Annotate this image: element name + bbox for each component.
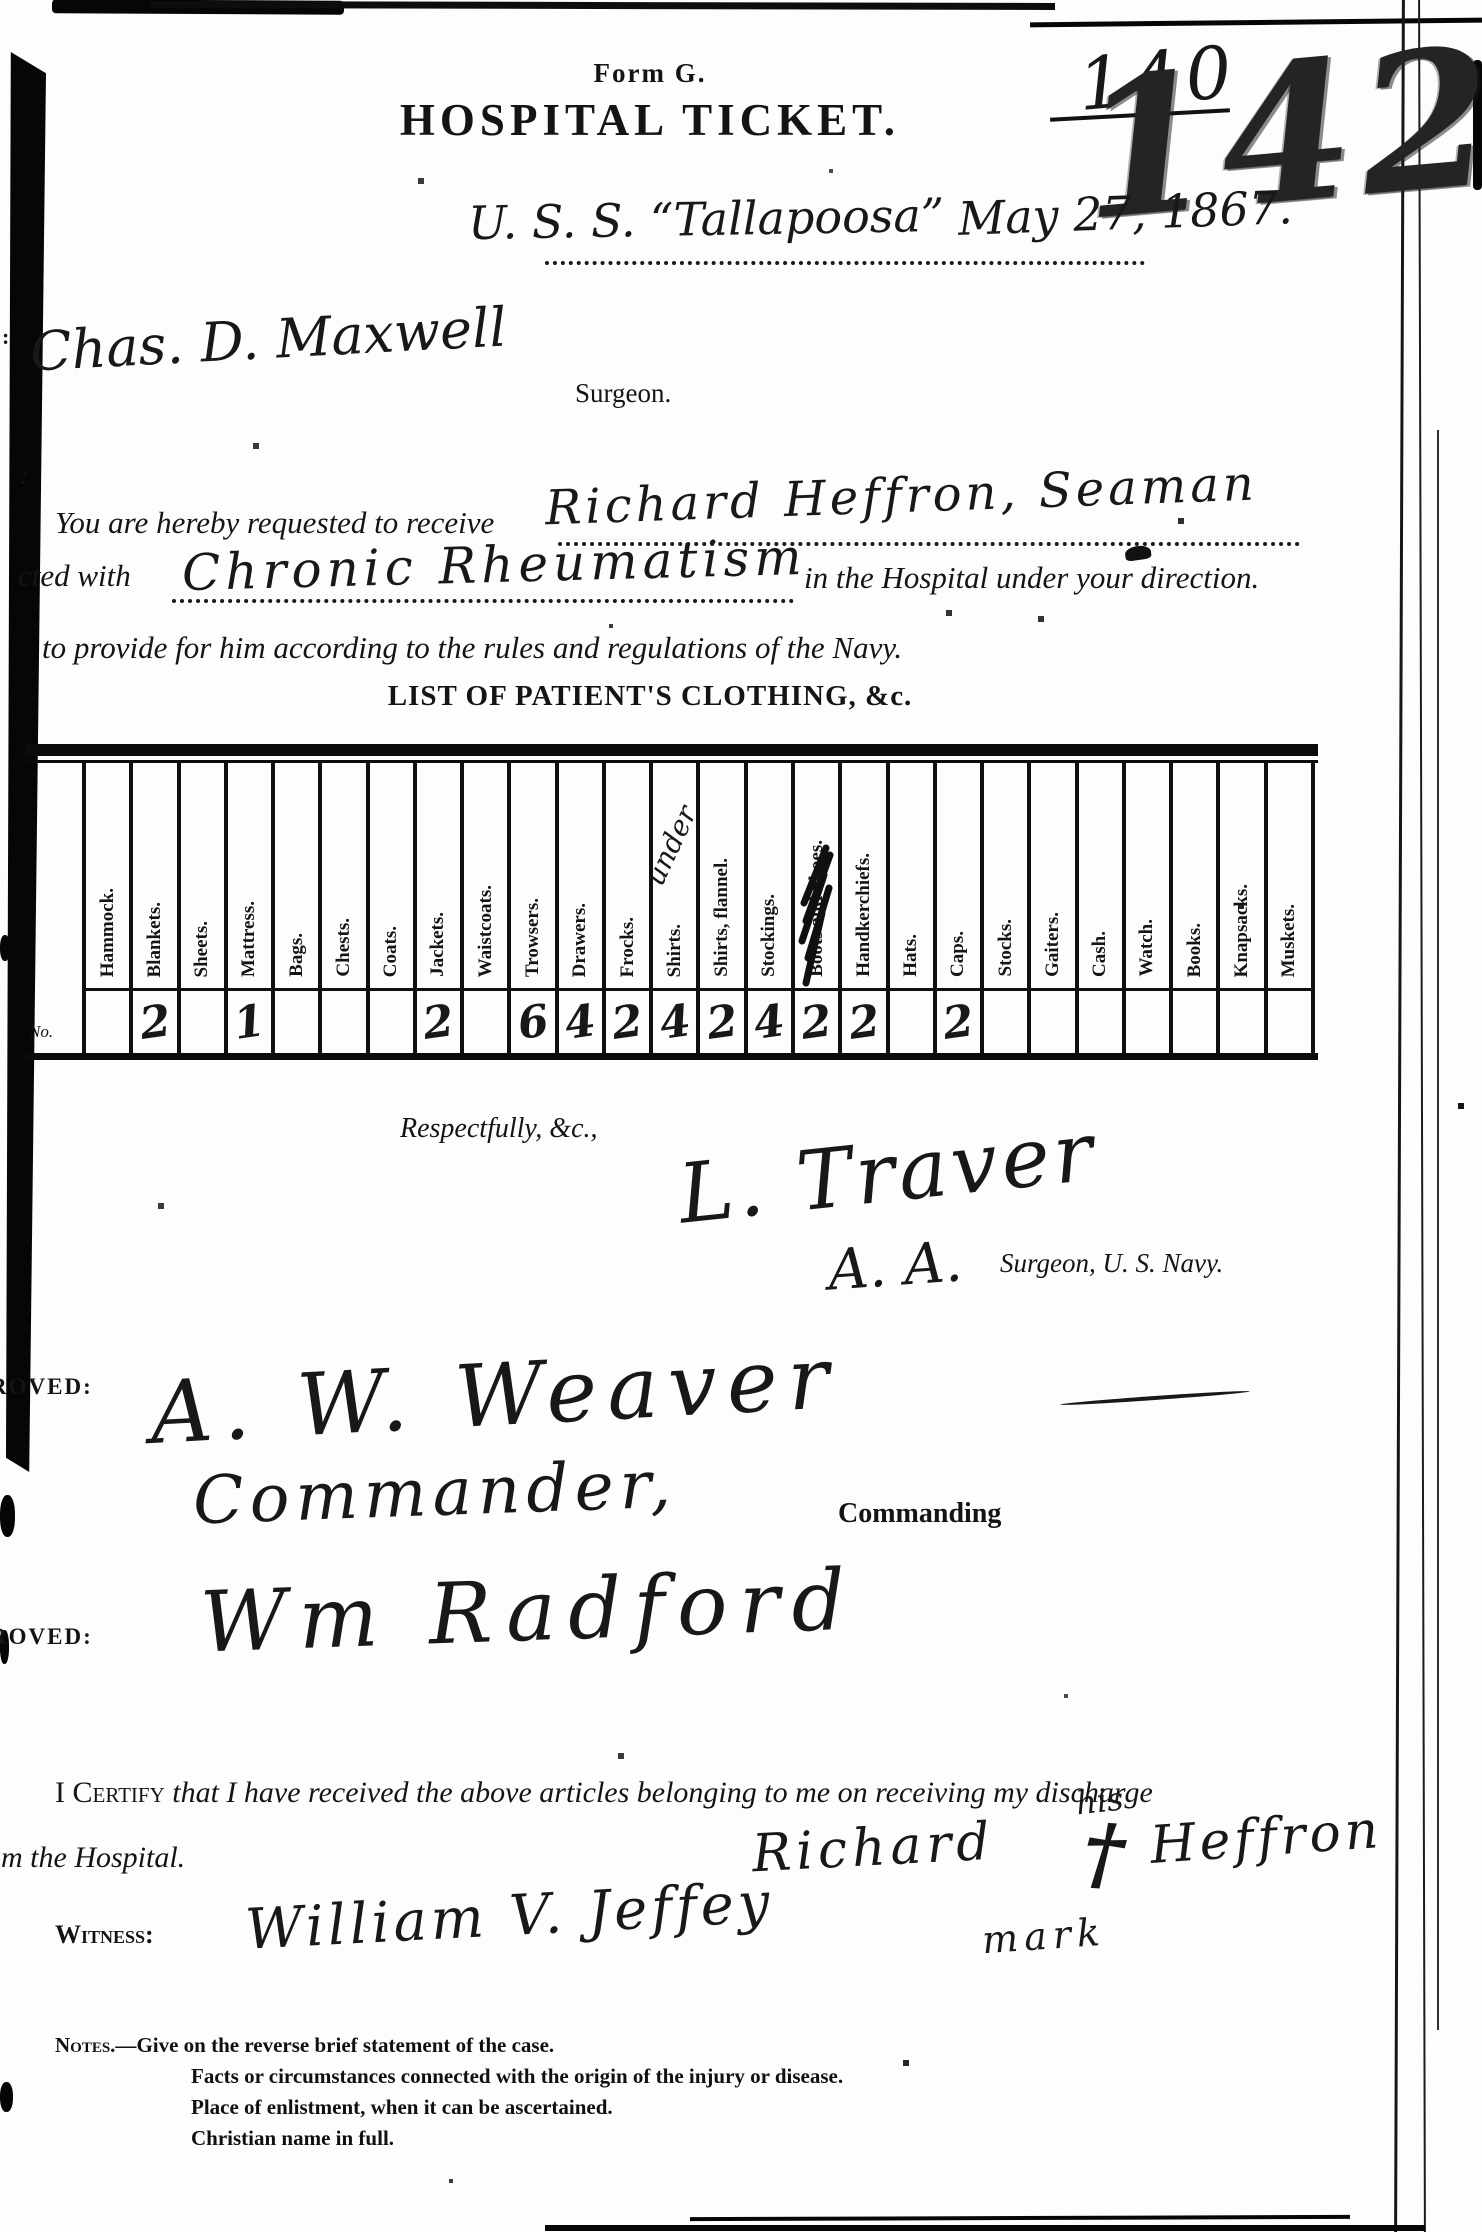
clothing-column-label: Blankets. (144, 902, 166, 978)
clothing-column-value: 4 (751, 995, 788, 1050)
clothing-column: Jackets.2 (417, 763, 464, 1053)
surgeon-signature: L. Traver (674, 1104, 1101, 1242)
request-line-printed: You are hereby requested to receive (55, 505, 494, 541)
clothing-column-label: Books. (1184, 923, 1206, 977)
provide-line-printed: to provide for him according to the rule… (42, 630, 902, 666)
clothing-column-value: 2 (136, 995, 173, 1050)
clothing-column: Cash. (1079, 763, 1126, 1053)
scan-blob (0, 935, 10, 961)
certify-smallcaps: Certify (73, 1776, 165, 1809)
clothing-column-label: Chests. (333, 918, 355, 977)
clothing-column: Trowsers.6 (511, 763, 558, 1053)
ink-scribble (796, 843, 836, 993)
clothing-column-value-cell: 4 (748, 988, 791, 1053)
approved-label-1: PROVED: (0, 1374, 93, 1400)
condition-line-prefix: cted with (18, 558, 131, 594)
clothing-column-header: Handkerchiefs. (842, 763, 885, 983)
condition-line-suffix: in the Hospital under your direction. (804, 560, 1259, 596)
clothing-column-header: Shirts, flannel. (700, 763, 743, 983)
clothing-column-header: Knapsacks. (1220, 763, 1263, 983)
certify-rest: that I have received the above articles … (172, 1776, 1153, 1809)
clothing-column-label: Knapsacks. (1231, 884, 1253, 977)
signature-flourish (1060, 1389, 1250, 1406)
clothing-column: Sheets. (181, 763, 228, 1053)
scan-edge-bottom (545, 2225, 1425, 2231)
clothing-column-value-cell: 4 (559, 988, 602, 1053)
radford-signature: Wm Radford (198, 1551, 858, 1672)
clothing-column-value: 4 (562, 995, 599, 1050)
his-mark-bottom: mark (981, 1910, 1108, 1963)
clothing-column-header: Mattress. (228, 763, 271, 983)
clothing-column-value-cell (1268, 988, 1311, 1053)
clothing-column-label: Sheets. (191, 921, 213, 977)
addressee-signature: Chas. D. Maxwell (29, 296, 508, 384)
clothing-column-header: Gaiters. (1031, 763, 1074, 983)
ship-line-dotted-rule (545, 260, 1145, 265)
clothing-column-header: Caps. (937, 763, 980, 983)
witness-signature: William V. Jeffey (244, 1870, 775, 1963)
clothing-column-value: 2 (845, 995, 882, 1050)
clothing-column-header: Jackets. (417, 763, 460, 983)
notes-line: Notes.—Give on the reverse brief stateme… (55, 2030, 843, 2061)
table-top-band (25, 744, 1318, 756)
clothing-column: Shirts.under4 (653, 763, 700, 1053)
commanding-printed: Commanding (838, 1498, 1001, 1530)
clothing-column-header: Trowsers. (511, 763, 554, 983)
clothing-column-value-cell: 2 (842, 988, 885, 1053)
clothing-column-header: Bags. (275, 763, 318, 983)
clothing-column-header: Chests. (322, 763, 365, 983)
patient-cross-mark: † (1080, 1805, 1128, 1902)
patient-name-handwriting: Richard Heffron, Seaman (544, 456, 1258, 537)
clothing-column: Muskets. (1268, 763, 1315, 1053)
clothing-column: Shirts, flannel.2 (700, 763, 747, 1053)
clothing-column-header: Hats. (890, 763, 933, 983)
clothing-column-label: Shirts, flannel. (711, 858, 733, 977)
scan-blob (0, 2082, 13, 2112)
clothing-column: Handkerchiefs.2 (842, 763, 889, 1053)
certify-line: I Certify that I have received the above… (55, 1776, 1335, 1810)
clothing-column-value-cell: 2 (700, 988, 743, 1053)
clothing-column-value: 4 (656, 995, 693, 1050)
clothing-column-value-cell (984, 988, 1027, 1053)
clothing-column: Boots and Shoes.2 (795, 763, 842, 1053)
notes-line: Place of enlistment, when it can be asce… (191, 2092, 843, 2123)
clothing-column-header: Muskets. (1268, 763, 1311, 983)
commander-signature: A. W. Weaver (148, 1328, 841, 1464)
certify-line-2: om the Hospital. (0, 1841, 185, 1875)
clothing-column: Blankets.2 (133, 763, 180, 1053)
clothing-column-header: Blankets. (133, 763, 176, 983)
clothing-column-value-cell: 2 (937, 988, 980, 1053)
clothing-column-value-cell (86, 988, 129, 1053)
clothing-column-value-cell (370, 988, 413, 1053)
clothing-columns: Hammock.Blankets.2Sheets.Mattress.1Bags.… (82, 763, 1315, 1053)
clothing-column-value: 2 (609, 995, 646, 1050)
clothing-column: Coats. (370, 763, 417, 1053)
form-number-label: Form G. (500, 58, 800, 89)
clothing-column-value-cell (1220, 988, 1263, 1053)
rank-printed: Surgeon, U. S. Navy. (1000, 1248, 1223, 1279)
clothing-column-label: Bags. (286, 933, 308, 977)
clothing-column: Drawers.4 (559, 763, 606, 1053)
clothing-column-value: 2 (703, 995, 740, 1050)
clothing-column-label: Muskets. (1278, 904, 1300, 977)
clothing-column: Stockings.4 (748, 763, 795, 1053)
patient-mark-first-name: Richard (751, 1812, 996, 1885)
clothing-column-label: Cash. (1089, 931, 1111, 977)
clothing-column-label: Handkerchiefs. (853, 853, 875, 977)
clothing-column: Hammock. (86, 763, 133, 1053)
certify-lead: I (55, 1776, 65, 1809)
paper-speckles (0, 0, 2, 2)
notes-text: Give on the reverse brief statement of t… (136, 2033, 554, 2057)
clothing-column-header: Sheets. (181, 763, 224, 983)
clothing-column-value-cell (275, 988, 318, 1053)
condition-dotted-rule (172, 598, 794, 603)
table-row-label: No. (29, 1022, 53, 1042)
clothing-column-label: Drawers. (569, 903, 591, 977)
clothing-column-value: 2 (940, 995, 977, 1050)
clothing-column-header: Waistcoats. (464, 763, 507, 983)
clothing-column-value-cell: 6 (511, 988, 554, 1053)
clothing-column-value-cell (1031, 988, 1074, 1053)
notes-label: Notes.— (55, 2033, 136, 2057)
clothing-column-header: Hammock. (86, 763, 129, 983)
clothing-column-value: 2 (798, 995, 835, 1050)
patient-mark-last-name: Heffron (1148, 1800, 1384, 1876)
clothing-column: Frocks.2 (606, 763, 653, 1053)
clothing-column-value-cell (1079, 988, 1122, 1053)
clothing-column-value: 2 (420, 995, 457, 1050)
clothing-list-title: LIST OF PATIENT'S CLOTHING, &c. (338, 680, 962, 713)
clothing-column-value: 6 (514, 995, 551, 1050)
clothing-column: Caps.2 (937, 763, 984, 1053)
clothing-column-label: Caps. (947, 931, 969, 977)
clothing-column-value-cell (181, 988, 224, 1053)
clothing-column-value-cell (1173, 988, 1216, 1053)
rank-handwriting: A. A. (826, 1229, 965, 1303)
clothing-column-label: Jackets. (427, 912, 449, 977)
approved-label-2: PROVED: (0, 1624, 93, 1650)
clothing-column-label: Shirts. (664, 924, 686, 977)
clothing-column-header: Coats. (370, 763, 413, 983)
addressee-title: Surgeon. (575, 378, 671, 409)
clothing-column-label: Coats. (380, 926, 402, 977)
clothing-column-label: Mattress. (238, 901, 260, 977)
clothing-column-value-cell (464, 988, 507, 1053)
clothing-column: Mattress.1 (228, 763, 275, 1053)
clothing-column-label: Hats. (900, 934, 922, 977)
clothing-column-label: Frocks. (617, 917, 639, 977)
clothing-column: Stocks. (984, 763, 1031, 1053)
clothing-column: Bags. (275, 763, 322, 1053)
ship-name-handwriting: U. S. S. “Tallapoosa” (468, 188, 945, 250)
notes-block: Notes.—Give on the reverse brief stateme… (55, 2030, 843, 2154)
clothing-column-label: Hammock. (97, 888, 119, 977)
clothing-column: Watch. (1126, 763, 1173, 1053)
clothing-column-value-cell (1126, 988, 1169, 1053)
clothing-column-label: Trowsers. (522, 898, 544, 977)
clothing-column: Hats. (890, 763, 937, 1053)
table-bottom-band (25, 1053, 1318, 1060)
clothing-column: Chests. (322, 763, 369, 1053)
clothing-column-label: Gaiters. (1042, 912, 1064, 977)
clothing-column-value-cell: 2 (606, 988, 649, 1053)
clothing-column-value-cell (890, 988, 933, 1053)
clothing-column-value-cell: 2 (417, 988, 460, 1053)
commander-title-handwriting: Commander, (192, 1446, 678, 1540)
respectfully-line: Respectfully, &c., (400, 1113, 598, 1145)
clothing-column-header: Books. (1173, 763, 1216, 983)
notes-line: Christian name in full. (191, 2123, 843, 2154)
clothing-column-label: Waistcoats. (475, 885, 497, 977)
clothing-column: Waistcoats. (464, 763, 511, 1053)
clothing-column: Books. (1173, 763, 1220, 1053)
clothing-column-value-cell: 1 (228, 988, 271, 1053)
scan-edge-bottom (690, 2215, 1350, 2221)
page-curl-line (1437, 430, 1439, 2030)
clothing-column-value-cell: 4 (653, 988, 696, 1053)
clothing-column-header: Stocks. (984, 763, 1027, 983)
clothing-table: Hammock.Blankets.2Sheets.Mattress.1Bags.… (25, 744, 1318, 1060)
clothing-column-header: Stockings. (748, 763, 791, 983)
clothing-column: Knapsacks. (1220, 763, 1267, 1053)
witness-label: Witness: (55, 1920, 154, 1950)
clothing-column-value-cell (322, 988, 365, 1053)
clothing-column-header: Cash. (1079, 763, 1122, 983)
page-curl-line (1418, 0, 1426, 2232)
clothing-column-label: Watch. (1136, 919, 1158, 977)
hospital-ticket-page: Form G. HOSPITAL TICKET. 140 142 U. S. S… (0, 0, 1482, 2232)
clothing-column-value: 1 (231, 995, 268, 1050)
clothing-column-label: Stocks. (995, 919, 1017, 977)
scan-blob (0, 1495, 15, 1537)
page-curl-line (1394, 0, 1405, 2232)
margin-fragment: : (2, 324, 9, 350)
clothing-column-value-cell: 2 (133, 988, 176, 1053)
clothing-column-value-cell: 2 (795, 988, 838, 1053)
clothing-column-label: Stockings. (758, 894, 780, 977)
page-title: HOSPITAL TICKET. (345, 94, 955, 146)
clothing-column-header: Watch. (1126, 763, 1169, 983)
clothing-column: Gaiters. (1031, 763, 1078, 1053)
notes-line: Facts or circumstances connected with th… (191, 2061, 843, 2092)
clothing-column-header: Drawers. (559, 763, 602, 983)
margin-fragment: : (20, 464, 28, 491)
